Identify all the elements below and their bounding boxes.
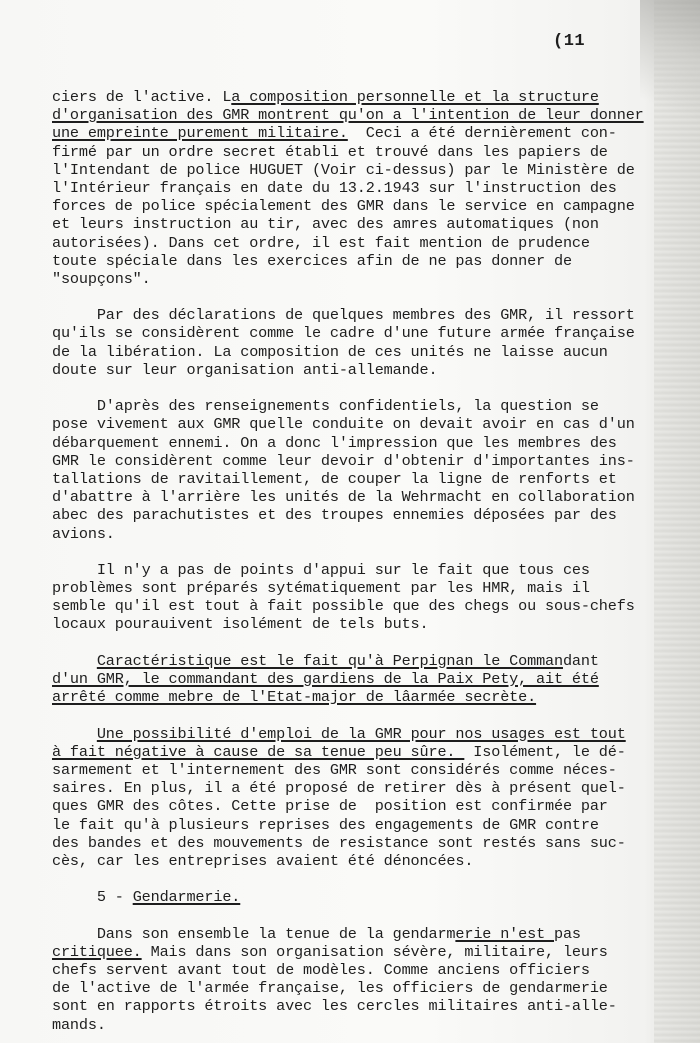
text-line: "soupçons".: [52, 270, 692, 288]
text-line: abec des parachutistes et des troupes en…: [52, 506, 692, 524]
paragraph-gmr-composition: ciers de l'active. La composition person…: [52, 88, 692, 288]
text-line: avions.: [52, 525, 692, 543]
text-line: Caractéristique est le fait qu'à Perpign…: [52, 652, 692, 670]
paragraph-emploi-gmr: Une possibilité d'emploi de la GMR pour …: [52, 725, 692, 871]
text-line: problèmes sont préparés sytématiquement …: [52, 579, 692, 597]
paragraph-spacing: [52, 288, 692, 306]
text-line: mands.: [52, 1016, 692, 1034]
text-line: locaux pourauivent isolément de tels but…: [52, 615, 692, 633]
text-line: une empreinte purement militaire. Ceci a…: [52, 124, 692, 142]
paragraph-spacing: [52, 379, 692, 397]
text-line: arrêté comme mebre de l'Etat-major de lâ…: [52, 688, 692, 706]
text-line: critiquee. Mais dans son organisation sé…: [52, 943, 692, 961]
text-line: sarmement et l'internement des GMR sont …: [52, 761, 692, 779]
typewritten-text-body: ciers de l'active. La composition person…: [52, 88, 692, 1034]
text-line: semble qu'il est tout à fait possible qu…: [52, 597, 692, 615]
paragraph-renseignements: D'après des renseignements confidentiels…: [52, 397, 692, 543]
text-line: l'Intérieur français en date du 13.2.194…: [52, 179, 692, 197]
paragraph-spacing: [52, 870, 692, 888]
text-line: d'abattre à l'arrière les unités de la W…: [52, 488, 692, 506]
text-line: forces de police spécialement des GMR da…: [52, 197, 692, 215]
paragraph-declarations: Par des déclarations de quelques membres…: [52, 306, 692, 379]
section-heading-gendarmerie: 5 - Gendarmerie.: [52, 888, 692, 906]
text-line: de l'active de l'armée française, les of…: [52, 979, 692, 997]
paragraph-spacing: [52, 706, 692, 724]
text-line: d'un GMR, le commandant des gardiens de …: [52, 670, 692, 688]
text-line: des bandes et des mouvements de resistan…: [52, 834, 692, 852]
text-line: de la libération. La composition de ces …: [52, 343, 692, 361]
text-line: cès, car les entreprises avaient été dén…: [52, 852, 692, 870]
text-line: sont en rapports étroits avec les cercle…: [52, 997, 692, 1015]
document-page: (11 ciers de l'active. La composition pe…: [0, 0, 700, 1043]
text-line: ciers de l'active. La composition person…: [52, 88, 692, 106]
text-line: doute sur leur organisation anti-alleman…: [52, 361, 692, 379]
paragraph-gendarmerie: Dans son ensemble la tenue de la gendarm…: [52, 925, 692, 1034]
text-line: Par des déclarations de quelques membres…: [52, 306, 692, 324]
text-line: le fait qu'à plusieurs reprises des enga…: [52, 816, 692, 834]
paragraph-spacing: [52, 906, 692, 924]
text-line: et leurs instruction au tir, avec des am…: [52, 215, 692, 233]
text-line: D'après des renseignements confidentiels…: [52, 397, 692, 415]
text-line: Dans son ensemble la tenue de la gendarm…: [52, 925, 692, 943]
page-number: (11: [553, 32, 585, 51]
text-line: l'Intendant de police HUGUET (Voir ci-de…: [52, 161, 692, 179]
text-line: firmé par un ordre secret établi et trou…: [52, 143, 692, 161]
text-line: tallations de ravitaillement, de couper …: [52, 470, 692, 488]
text-line: GMR le considèrent comme leur devoir d'o…: [52, 452, 692, 470]
text-line: ques GMR des côtes. Cette prise de posit…: [52, 797, 692, 815]
text-line: qu'ils se considèrent comme le cadre d'u…: [52, 324, 692, 342]
text-line: 5 - Gendarmerie.: [52, 888, 692, 906]
paragraph-perpignan: Caractéristique est le fait qu'à Perpign…: [52, 652, 692, 707]
text-line: débarquement ennemi. On a donc l'impress…: [52, 434, 692, 452]
text-line: autorisées). Dans cet ordre, il est fait…: [52, 234, 692, 252]
text-line: saires. En plus, il a été proposé de ret…: [52, 779, 692, 797]
text-line: Une possibilité d'emploi de la GMR pour …: [52, 725, 692, 743]
paragraph-points-appui: Il n'y a pas de points d'appui sur le fa…: [52, 561, 692, 634]
text-line: d'organisation des GMR montrent qu'on a …: [52, 106, 692, 124]
text-line: Il n'y a pas de points d'appui sur le fa…: [52, 561, 692, 579]
text-line: pose vivement aux GMR quelle conduite on…: [52, 415, 692, 433]
text-line: toute spéciale dans les exercices afin d…: [52, 252, 692, 270]
text-line: chefs servent avant tout de modèles. Com…: [52, 961, 692, 979]
text-line: à fait négative à cause de sa tenue peu …: [52, 743, 692, 761]
paragraph-spacing: [52, 634, 692, 652]
paragraph-spacing: [52, 543, 692, 561]
